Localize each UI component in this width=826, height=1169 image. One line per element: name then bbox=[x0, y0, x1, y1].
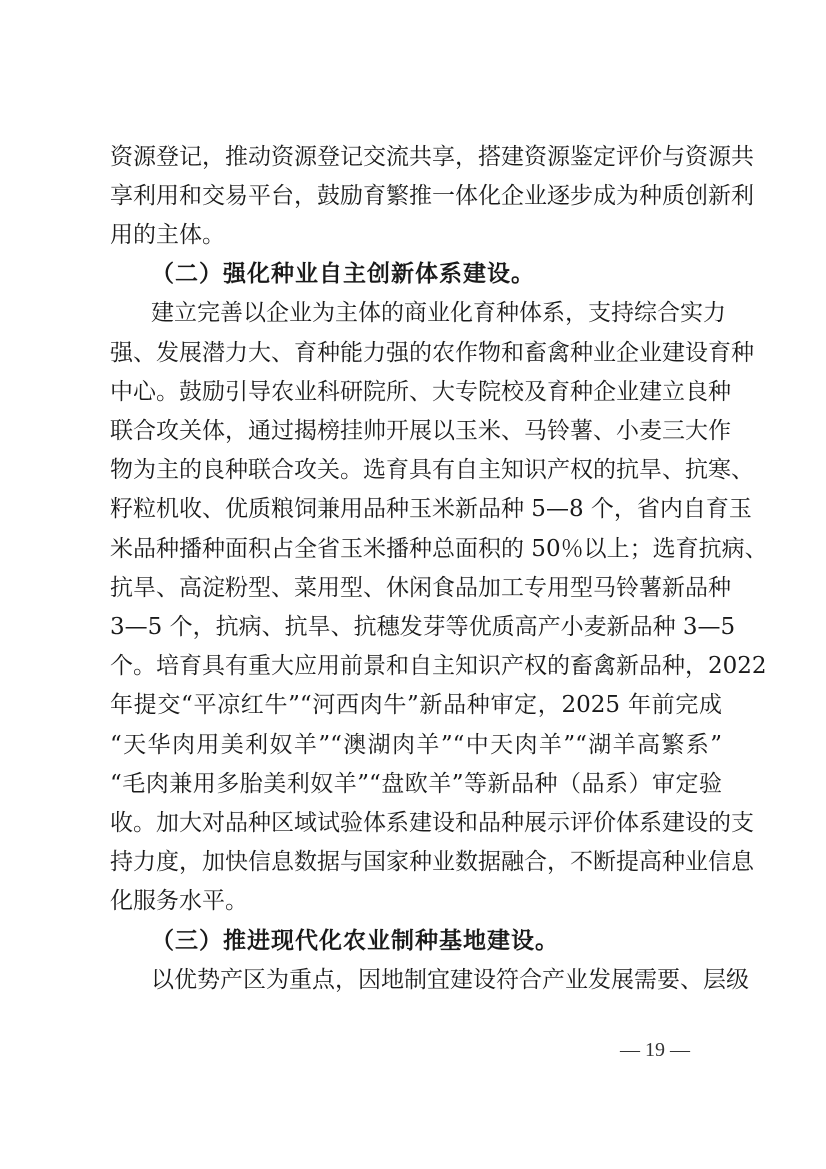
text-line: 资源登记，推动资源登记交流共享，搭建资源鉴定评价与资源共 bbox=[110, 142, 722, 172]
text-line: “毛肉兼用多胎美利奴羊”“盘欧羊”等新品种（品系）审定验 bbox=[110, 769, 722, 799]
section-heading: （二）强化种业自主创新体系建设。 bbox=[151, 259, 722, 289]
text-line: 籽粒机收、优质粮饲兼用品种玉米新品种 5—8 个，省内自育玉 bbox=[110, 494, 722, 524]
text-line: 建立完善以企业为主体的商业化育种体系，支持综合实力 bbox=[151, 298, 722, 328]
text-line: 以优势产区为重点，因地制宜建设符合产业发展需要、层级 bbox=[151, 965, 722, 995]
text-line: 抗旱、高淀粉型、菜用型、休闲食品加工专用型马铃薯新品种 bbox=[110, 573, 722, 603]
text-line: 强、发展潜力大、育种能力强的农作物和畜禽种业企业建设育种 bbox=[110, 338, 722, 368]
text-line: 个。培育具有重大应用前景和自主知识产权的畜禽新品种，2022 bbox=[110, 651, 722, 681]
text-line: 持力度，加快信息数据与国家种业数据融合，不断提高种业信息 bbox=[110, 847, 722, 877]
text-line: 中心。鼓励引导农业科研院所、大专院校及育种企业建立良种 bbox=[110, 377, 722, 407]
text-line: 收。加大对品种区域试验体系建设和品种展示评价体系建设的支 bbox=[110, 808, 722, 838]
text-line: 3—5 个，抗病、抗旱、抗穗发芽等优质高产小麦新品种 3—5 bbox=[110, 612, 722, 642]
text-line: 米品种播种面积占全省玉米播种总面积的 50％以上；选育抗病、 bbox=[110, 534, 722, 564]
text-line: 年提交“平凉红牛”“河西肉牛”新品种审定，2025 年前完成 bbox=[110, 690, 722, 720]
text-line: 化服务水平。 bbox=[110, 886, 722, 916]
section-heading: （三）推进现代化农业制种基地建设。 bbox=[151, 926, 722, 956]
text-line: “天华肉用美利奴羊”“澳湖肉羊”“中天肉羊”“湖羊高繁系” bbox=[110, 730, 722, 760]
text-line: 享利用和交易平台，鼓励育繁推一体化企业逐步成为种质创新利 bbox=[110, 181, 722, 211]
document-page: 资源登记，推动资源登记交流共享，搭建资源鉴定评价与资源共 享利用和交易平台，鼓励… bbox=[0, 0, 826, 1169]
text-line: 用的主体。 bbox=[110, 220, 722, 250]
text-line: 联合攻关体，通过揭榜挂帅开展以玉米、马铃薯、小麦三大作 bbox=[110, 416, 722, 446]
text-line: 物为主的良种联合攻关。选育具有自主知识产权的抗旱、抗寒、 bbox=[110, 455, 722, 485]
page-number: — 19 — bbox=[600, 1038, 710, 1062]
